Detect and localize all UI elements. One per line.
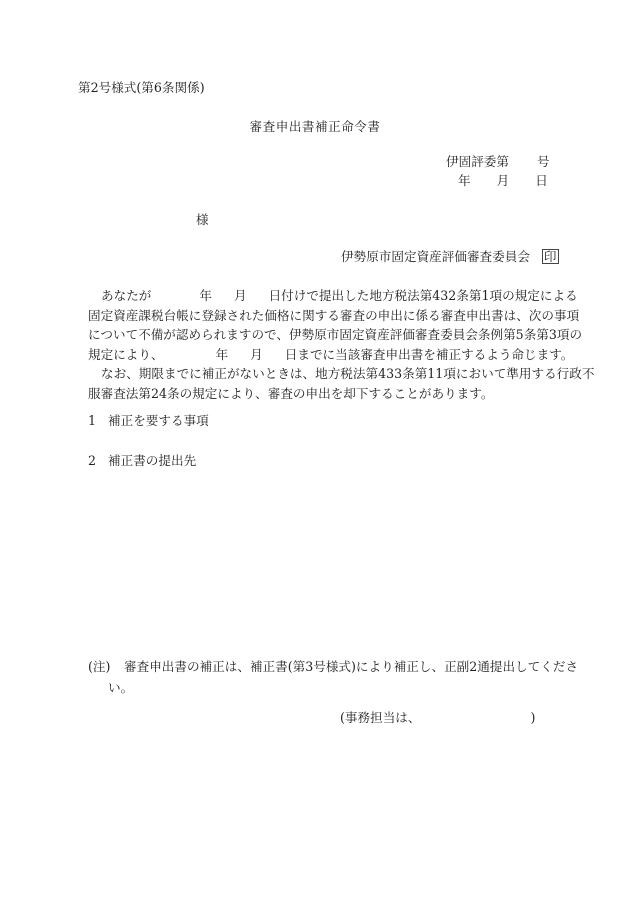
body-line: 規定により、年月日までに当該審査申出書を補正するよう命じます。 — [88, 345, 552, 365]
item-number: 2 — [88, 455, 108, 468]
contact-person: (事務担当は、) — [340, 712, 535, 725]
date-month: 月 — [497, 173, 510, 188]
body-paragraph: あなたが年月日付けで提出した地方税法第432条第1項の規定による 固定資産課税台… — [88, 286, 552, 403]
note-label: (注) — [88, 656, 124, 677]
item-label: 補正を要する事項 — [108, 413, 209, 428]
note: (注)審査申出書の補正は、補正書(第3号様式)により補正し、正副2通提出してくだ… — [88, 656, 558, 698]
issuer-name: 伊勢原市固定資産評価審査委員会 — [341, 249, 530, 264]
document-number-prefix: 伊固評委第 — [446, 154, 509, 169]
seal-stamp: 印 — [542, 249, 559, 264]
date-year: 年 — [458, 173, 471, 188]
body-line: 固定資産課税台帳に登録された価格に関する審査の申出に係る審査申出書は、次の事項 — [88, 306, 552, 326]
note-line: い。 — [88, 677, 558, 698]
addressee: 様 — [196, 214, 209, 227]
body-line: あなたが年月日付けで提出した地方税法第432条第1項の規定による — [88, 286, 552, 306]
note-line: (注)審査申出書の補正は、補正書(第3号様式)により補正し、正副2通提出してくだ… — [88, 656, 558, 677]
date-day: 日 — [535, 173, 548, 188]
body-line: 服審査法第24条の規定により、審査の申出を却下することがあります。 — [88, 384, 552, 404]
body-line: について不備が認められますので、伊勢原市固定資産評価審査委員会条例第5条第3項の — [88, 325, 552, 345]
document-title: 審査申出書補正命令書 — [0, 121, 630, 134]
body-line: なお、期限までに補正がないときは、地方税法第433条第11項において準用する行政… — [88, 364, 552, 384]
issue-date: 年月日 — [458, 175, 548, 188]
document-number-suffix: 号 — [537, 154, 550, 169]
issuer: 伊勢原市固定資産評価審査委員会印 — [341, 249, 559, 264]
form-number: 第2号様式(第6条関係) — [78, 82, 205, 95]
item-label: 補正書の提出先 — [108, 453, 196, 468]
item-number: 1 — [88, 415, 108, 428]
item-2: 2補正書の提出先 — [88, 455, 196, 468]
item-1: 1補正を要する事項 — [88, 415, 209, 428]
document-number: 伊固評委第号 — [446, 156, 550, 169]
